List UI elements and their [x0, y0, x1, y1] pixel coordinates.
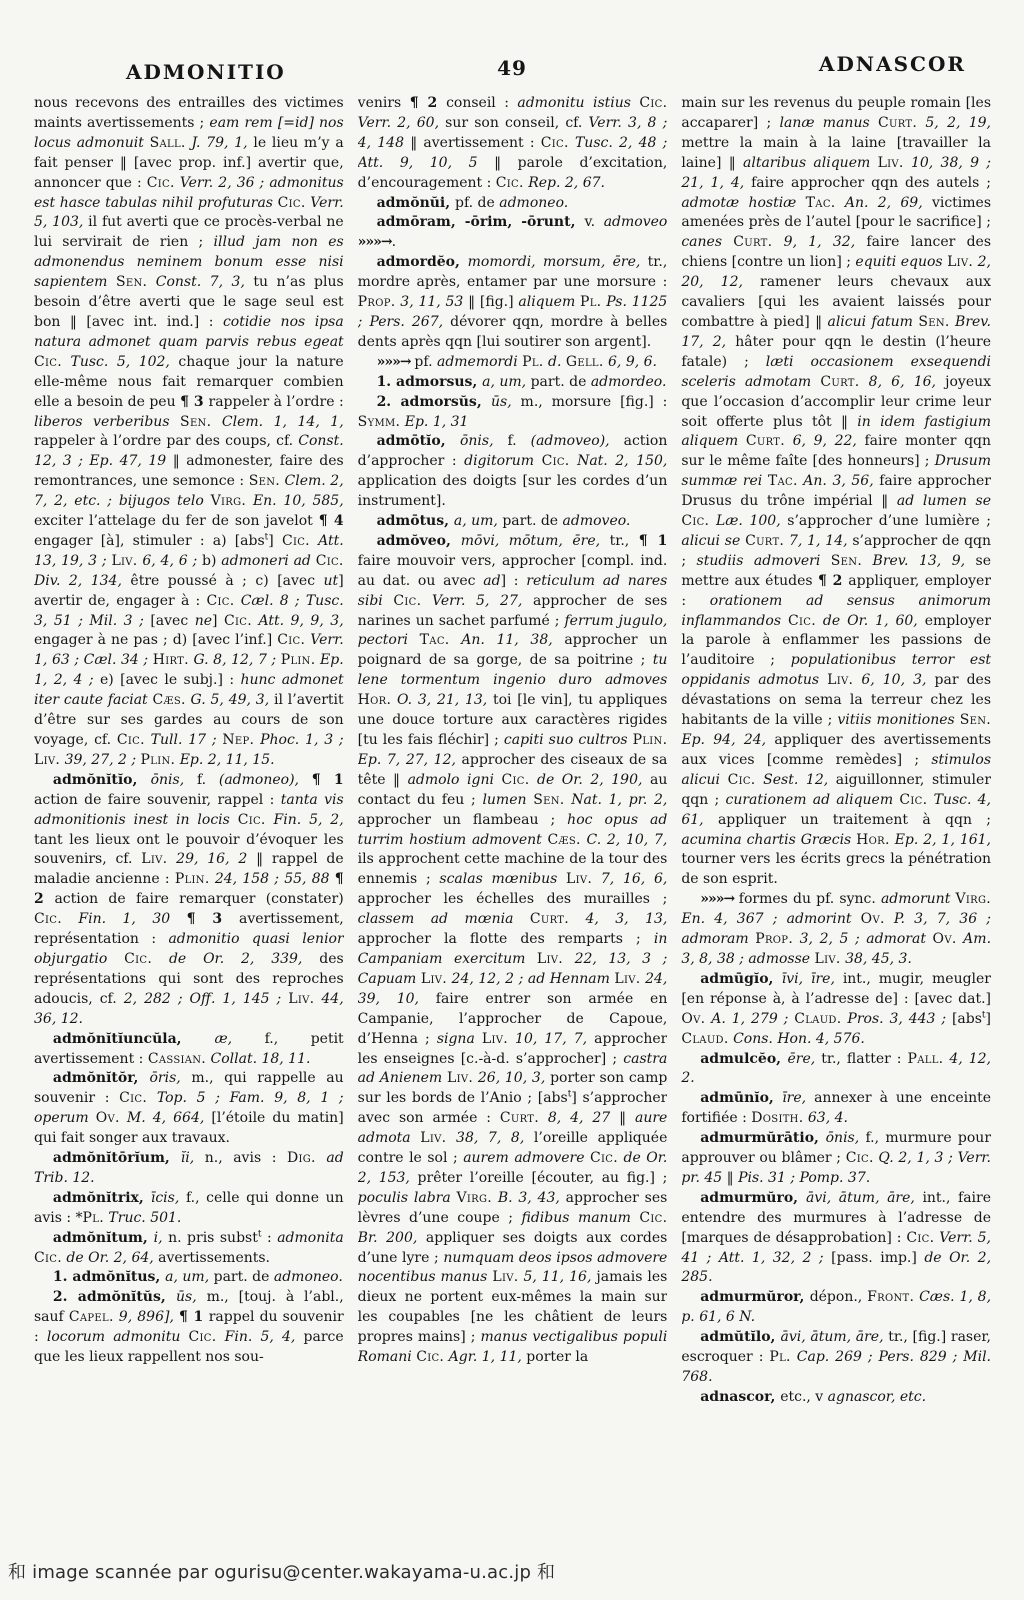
text-segment: dépon., — [810, 1289, 867, 1305]
headword-text: adnascor, — [700, 1389, 780, 1405]
latin-citation: Ep. 1, 31 — [400, 414, 468, 430]
latin-citation: locorum admonitu — [47, 1329, 189, 1345]
latin-citation: Div. 2, 134, — [34, 573, 130, 589]
author-abbreviation: Sen. — [249, 473, 280, 489]
author-abbreviation: Cic. — [34, 911, 62, 927]
scan-credit: 和 image scannée par ogurisu@center.wakay… — [8, 1558, 1008, 1584]
latin-citation: 7, 1, 14, — [784, 533, 852, 549]
latin-citation: (admoneo), — [219, 772, 312, 788]
headword-text: 2. admŏnĭtŭs, — [53, 1289, 176, 1305]
author-abbreviation: Capel. — [69, 1309, 114, 1325]
author-abbreviation: Cæs. — [548, 832, 581, 848]
latin-citation: ūs, — [176, 1289, 207, 1305]
dictionary-paragraph: admŏnĭtrix, īcis, f., celle qui donne un… — [34, 1189, 344, 1229]
author-abbreviation: Liv. — [141, 851, 167, 867]
dictionary-paragraph: admūnĭo, īre, annexer à une enceinte for… — [681, 1089, 991, 1129]
author-abbreviation: Cic. — [224, 613, 252, 629]
text-segment: n., avis : — [205, 1150, 287, 1166]
headword-text: admulcĕo, — [700, 1051, 787, 1067]
text-segment: tr., — [610, 533, 639, 549]
author-abbreviation: Liv. — [492, 1269, 518, 1285]
latin-citation: ad — [483, 573, 500, 589]
latin-citation: admolo igni — [408, 772, 502, 788]
latin-citation: de Or. 1, 60, — [816, 613, 925, 629]
latin-citation: 6, 4, 6 ; — [138, 553, 202, 569]
latin-citation: acumina chartis Græcis — [681, 832, 856, 848]
author-abbreviation: Claud. — [794, 1011, 841, 1027]
latin-citation: admonitu istius — [517, 95, 639, 111]
latin-citation: mōvi, mōtum, ēre, — [461, 533, 610, 549]
text-segment: m., morsure [fig.] : — [521, 394, 668, 410]
latin-citation: lanæ manus — [780, 115, 878, 131]
author-abbreviation: Cic. — [147, 175, 175, 191]
author-abbreviation: Front. — [867, 1289, 914, 1305]
text-segment: pf. de — [455, 195, 499, 211]
headword-text: admŭtĭlo, — [700, 1329, 780, 1345]
author-abbreviation: Cic. — [278, 195, 306, 211]
headword-text: admōtĭo, — [377, 433, 460, 449]
latin-citation: Rep. 2, 67. — [524, 175, 605, 191]
latin-citation: d. — [544, 354, 566, 370]
dictionary-paragraph: admūgĭo, īvi, īre, int., mugir, meugler … — [681, 970, 991, 1050]
latin-citation: Ep. 2, 1, 161, — [890, 832, 991, 848]
latin-citation: Cons. Hon. 4, 576. — [729, 1031, 865, 1047]
author-abbreviation: Cic. — [238, 812, 266, 828]
latin-citation: signa — [437, 1031, 482, 1047]
headword-text: 1. admŏnĭtus, — [53, 1269, 165, 1285]
author-abbreviation: Cic. — [542, 453, 570, 469]
latin-citation: liberos verberibus — [34, 414, 180, 430]
latin-citation: En. 4, 367 ; admorint — [681, 911, 860, 927]
author-abbreviation: Cic. — [282, 533, 310, 549]
latin-citation: ōnis, — [826, 1130, 866, 1146]
author-abbreviation: Sen. — [533, 792, 564, 808]
author-abbreviation: Pall. — [908, 1051, 944, 1067]
latin-citation: Agr. 1, 11, — [444, 1349, 526, 1365]
dictionary-paragraph: admŏnĭtĭo, ōnis, f. (admoneo), ¶ 1 actio… — [34, 771, 344, 1030]
headword-text: ¶ 2 — [818, 573, 848, 589]
latin-citation: 38, 45, 3. — [841, 951, 912, 967]
latin-citation: ōris, — [149, 1070, 191, 1086]
dictionary-paragraph: admŏnŭi, pf. de admoneo. — [358, 194, 668, 214]
latin-citation: āvi, ātum, āre, — [806, 1190, 922, 1206]
text-segment: appliquer un traitement à qqn ; — [718, 812, 991, 828]
latin-citation: 6, 9, 6. — [604, 354, 657, 370]
latin-citation: Tull. 17 ; — [145, 732, 223, 748]
latin-citation: Collat. 18, 11. — [206, 1051, 310, 1067]
latin-citation: digitorum — [464, 453, 541, 469]
author-abbreviation: Virg. — [211, 493, 247, 509]
latin-citation: admemordi — [437, 354, 522, 370]
author-abbreviation: Cic. — [124, 951, 152, 967]
text-segment: engager à ne pas ; — [34, 632, 173, 648]
latin-citation: 9, 896], — [114, 1309, 179, 1325]
author-abbreviation: Cic. — [416, 1349, 444, 1365]
arrow-glyph: »»»→ — [358, 234, 392, 250]
dictionary-paragraph: venirs ¶ 2 conseil : admonitu istius Cic… — [358, 94, 668, 194]
author-abbreviation: Ov. — [933, 931, 957, 947]
dictionary-paragraph: 1. admorsus, a, um, part. de admordeo. — [358, 373, 668, 393]
text-segment: ] — [986, 1011, 991, 1027]
latin-citation: de Or. 2, 190, — [529, 772, 650, 788]
latin-citation: canes — [681, 234, 733, 250]
author-abbreviation: Liv. — [614, 971, 640, 987]
latin-citation: 9, 1, 32, — [772, 234, 866, 250]
latin-citation: M. 4, 664, — [120, 1110, 212, 1126]
latin-citation: 2, 282 ; Off. 1, 145 ; — [124, 991, 289, 1007]
dictionary-paragraph: admŏnĭtŏr, ōris, m., qui rappelle au sou… — [34, 1069, 344, 1149]
dictionary-paragraph: 2. admorsŭs, ūs, m., morsure [fig.] : Sy… — [358, 393, 668, 433]
text-segment: exciter l’attelage du fer de son javelot — [34, 513, 319, 529]
text-segment: application des doigts [sur les cordes d… — [358, 473, 668, 509]
latin-citation: Tusc. 5, 102, — [62, 354, 178, 370]
text-segment: [avec l’inf.] — [192, 632, 277, 648]
latin-citation: 24, 12, 2 ; ad Hennam — [447, 971, 614, 987]
author-abbreviation: Tac. — [806, 195, 836, 211]
author-abbreviation: Liv. — [288, 991, 314, 1007]
author-abbreviation: Sen. — [960, 712, 991, 728]
dictionary-paragraph: admulcĕo, ēre, tr., flatter : Pall. 4, 1… — [681, 1050, 991, 1090]
author-abbreviation: Cic. — [277, 632, 305, 648]
author-abbreviation: Curt. — [733, 234, 772, 250]
latin-citation: æ, — [214, 1031, 264, 1047]
author-abbreviation: Nep. — [222, 732, 254, 748]
latin-citation: capiti suo cultros — [504, 732, 633, 748]
latin-citation: (admoveo), — [531, 433, 624, 449]
latin-citation: classem ad mœnia — [358, 911, 530, 927]
latin-citation: 7, 16, 6, — [592, 871, 667, 887]
author-abbreviation: Hirt. — [153, 652, 189, 668]
author-abbreviation: Liv. — [537, 951, 563, 967]
author-abbreviation: Sen. — [831, 553, 862, 569]
headword-text: admŏnĭtōrĭum, — [53, 1150, 181, 1166]
author-abbreviation: Liv. — [34, 752, 60, 768]
author-abbreviation: Cic. — [639, 1210, 667, 1226]
author-abbreviation: Virg. — [955, 891, 991, 907]
author-abbreviation: Cic. — [34, 1250, 62, 1266]
text-segment: part. de — [502, 513, 562, 529]
author-abbreviation: Cic. — [501, 772, 529, 788]
author-abbreviation: Dosith. — [751, 1110, 803, 1126]
latin-citation: 6, 10, 3, — [853, 672, 934, 688]
dictionary-page: ADMONITIO 49 ADNASCOR nous recevons des … — [0, 0, 1024, 1600]
text-segment: être poussé à ; — [130, 573, 255, 589]
author-abbreviation: Ov. — [861, 911, 885, 927]
author-abbreviation: Cic. — [906, 1230, 934, 1246]
latin-citation: C. 2, 10, 7, — [581, 832, 668, 848]
text-columns: nous recevons des entrailles des victime… — [34, 94, 991, 1546]
headword-text: ¶ 2 — [410, 95, 446, 111]
latin-citation: a, um, — [482, 374, 530, 390]
latin-citation: scalas mœnibus — [439, 871, 566, 887]
latin-citation: Clem. 1, 14, 1, — [211, 414, 343, 430]
author-abbreviation: Cic. — [189, 1329, 217, 1345]
text-segment: ‖ avertissement : — [410, 135, 541, 151]
text-segment: [abs — [235, 533, 265, 549]
author-abbreviation: Cic. — [681, 513, 709, 529]
text-segment: . — [392, 234, 396, 250]
latin-citation: B. 3, 43, — [492, 1190, 566, 1206]
dictionary-paragraph: 1. admŏnĭtus, a, um, part. de admoneo. — [34, 1268, 344, 1288]
column-3: main sur les revenus du peuple romain [l… — [681, 94, 991, 1546]
latin-citation: Pis. 31 ; Pomp. 37. — [738, 1170, 870, 1186]
text-segment: porter la — [526, 1349, 588, 1365]
latin-citation: En. 10, 585, — [246, 493, 344, 509]
author-abbreviation: Pl. — [580, 294, 601, 310]
latin-citation: 63, 4. — [803, 1110, 848, 1126]
text-segment: part. de — [531, 374, 591, 390]
latin-citation: Verr. 2, 60, — [358, 115, 446, 131]
author-abbreviation: Cic. — [117, 732, 145, 748]
headword-text: ¶ 1 — [179, 1309, 209, 1325]
author-abbreviation: Plin. — [141, 752, 176, 768]
latin-citation: O. 3, 21, 13, — [391, 692, 493, 708]
text-segment: [pass. imp.] — [831, 1250, 924, 1266]
author-abbreviation: Cic. — [541, 135, 569, 151]
latin-citation: An. 2, 69, — [836, 195, 932, 211]
dictionary-paragraph: admordĕo, momordi, morsum, ēre, tr., mor… — [358, 253, 668, 353]
text-segment: prêter l’oreille [écouter, au fig.] ; — [418, 1170, 668, 1186]
text-segment: sur son conseil, cf. — [445, 115, 588, 131]
dictionary-paragraph: admurmŭror, dépon., Front. Cæs. 1, 8, p.… — [681, 1288, 991, 1328]
latin-citation: alicui fatum — [827, 314, 918, 330]
latin-citation: admordeo. — [591, 374, 667, 390]
author-abbreviation: Tac. — [768, 473, 798, 489]
latin-citation: Ep. 2, 11, 15. — [175, 752, 274, 768]
latin-citation: ne — [195, 613, 212, 629]
author-abbreviation: Curt. — [746, 433, 785, 449]
latin-citation: ōnis, — [151, 772, 197, 788]
dictionary-paragraph: admŏnĭtōrĭum, ĭi, n., avis : Dig. ad Tri… — [34, 1149, 344, 1189]
latin-citation: īvi, īre, — [782, 971, 843, 987]
latin-citation: i, — [154, 1230, 168, 1246]
text-segment: a) — [213, 533, 235, 549]
author-abbreviation: Hor. — [856, 832, 890, 848]
latin-citation: altaribus aliquem — [743, 155, 878, 171]
latin-citation: 3, 11, 53 — [396, 294, 469, 310]
latin-citation: a, um, — [454, 513, 502, 529]
latin-citation: ēre, — [787, 1051, 821, 1067]
author-abbreviation: Sen. — [918, 314, 949, 330]
text-segment: engager [à], stimuler : — [34, 533, 213, 549]
dictionary-paragraph: admōtĭo, ōnis, f. (admoveo), action d’ap… — [358, 432, 668, 512]
author-abbreviation: Liv. — [878, 155, 904, 171]
author-abbreviation: Hor. — [358, 692, 392, 708]
latin-citation: Pros. 3, 443 ; — [842, 1011, 952, 1027]
dictionary-paragraph: admurmŭro, āvi, ātum, āre, int., faire e… — [681, 1189, 991, 1289]
author-abbreviation: Cic. — [788, 613, 816, 629]
latin-citation: Att. 9, 9, 3, — [252, 613, 344, 629]
latin-citation: 39, 27, 2 ; — [60, 752, 140, 768]
arrow-glyph: »»»→ — [700, 891, 739, 907]
text-segment: tr., flatter : — [821, 1051, 907, 1067]
latin-citation: lumen — [482, 792, 533, 808]
text-segment: approcher la flotte des remparts ; — [358, 931, 654, 947]
latin-citation: An. 11, 38, — [450, 632, 565, 648]
latin-citation: ad lumen se — [897, 493, 991, 509]
latin-citation: admoveo — [604, 214, 668, 230]
author-abbreviation: Symm. — [358, 414, 401, 430]
headword-text: admordĕo, — [377, 254, 468, 270]
headword-text: admŏveo, — [377, 533, 461, 549]
author-abbreviation: Liv. — [482, 1031, 508, 1047]
latin-citation: a, um, — [165, 1269, 213, 1285]
latin-citation: admonita — [277, 1230, 343, 1246]
latin-citation: Fin. 1, 30 — [62, 911, 187, 927]
latin-citation: admorunt — [881, 891, 956, 907]
dictionary-paragraph: »»»→ pf. admemordi Pl. d. Gell. 6, 9, 6. — [358, 353, 668, 373]
latin-citation: āvi, ātum, āre, — [781, 1329, 889, 1345]
text-segment: [avec le subj.] : — [120, 672, 240, 688]
latin-citation: de Or. 2, 339, — [152, 951, 319, 967]
author-abbreviation: Cic. — [316, 553, 344, 569]
headword-text: ¶ 4 — [319, 513, 344, 529]
author-abbreviation: Cassian. — [148, 1051, 206, 1067]
author-abbreviation: Cic. — [899, 792, 927, 808]
author-abbreviation: Plin. — [633, 732, 668, 748]
text-segment: approcher les échelles des murailles ; — [358, 891, 668, 907]
text-segment: : — [261, 1230, 277, 1246]
author-abbreviation: Liv. — [447, 1070, 473, 1086]
latin-citation: An. 3, 56, — [798, 473, 879, 489]
dictionary-paragraph: admōram, -ōrim, -ōrunt, v. admoveo »»»→. — [358, 213, 668, 253]
text-segment: ‖ — [619, 1110, 635, 1126]
headword-text: admurmŭro, — [700, 1190, 806, 1206]
latin-citation: Ep. 94, 24, — [681, 732, 774, 748]
dictionary-paragraph: admŏnĭtĭuncŭla, æ, f., petit avertisseme… — [34, 1030, 344, 1070]
latin-citation: A. 1, 279 ; — [705, 1011, 794, 1027]
text-segment: ‖ [fig.] — [468, 294, 518, 310]
latin-citation: admoneri ad — [221, 553, 315, 569]
latin-citation: admoneo. — [499, 195, 568, 211]
author-abbreviation: Cæs. — [153, 692, 186, 708]
text-segment: f. — [508, 433, 531, 449]
author-abbreviation: Liv. — [420, 1130, 446, 1146]
author-abbreviation: Prop. — [755, 931, 793, 947]
latin-citation: G. 5, 49, 3, — [186, 692, 274, 708]
latin-citation: de Or. 2, 64, — [62, 1250, 158, 1266]
headword-text: admŏnŭi, — [377, 195, 455, 211]
latin-citation: admoneo. — [274, 1269, 343, 1285]
text-segment: etc., v — [780, 1389, 827, 1405]
author-abbreviation: Plin. — [281, 652, 316, 668]
author-abbreviation: Cic. — [34, 354, 62, 370]
author-abbreviation: Cic. — [590, 1150, 618, 1166]
latin-citation: Fin. 5, 4, — [217, 1329, 304, 1345]
author-abbreviation: Curt. — [530, 911, 569, 927]
latin-citation: fidibus manum — [522, 1210, 640, 1226]
headword-text: admōtus, — [377, 513, 454, 529]
text-segment: conseil : — [446, 95, 517, 111]
latin-citation: 6, 9, 22, — [785, 433, 865, 449]
text-segment: action de faire souvenir, rappel : — [34, 792, 281, 808]
author-abbreviation: Curt. — [500, 1110, 539, 1126]
latin-citation: īcis, — [151, 1190, 186, 1206]
latin-citation: 26, 10, 3, — [473, 1070, 550, 1086]
author-abbreviation: Liv. — [815, 951, 841, 967]
headword-text: admōram, -ōrim, -ōrunt, — [377, 214, 585, 230]
headword-text: admurmŭror, — [700, 1289, 809, 1305]
headword-text: 2. admorsŭs, — [377, 394, 491, 410]
latin-citation: Sest. 12, — [756, 772, 836, 788]
author-abbreviation: Liv. — [827, 672, 853, 688]
text-segment: approcher un flambeau ; — [358, 812, 568, 828]
author-abbreviation: Sall. — [150, 135, 186, 151]
author-abbreviation: Pl. — [769, 1349, 790, 1365]
headword-text: ¶ 1 — [639, 533, 668, 549]
author-abbreviation: Ov. — [96, 1110, 120, 1126]
latin-citation: curationem ad aliquem — [725, 792, 899, 808]
author-abbreviation: Cic. — [393, 593, 421, 609]
latin-citation: Const. 7, 3, — [147, 274, 253, 290]
latin-citation: Brev. 13, 9, — [862, 553, 975, 569]
latin-citation: alicui se — [681, 533, 745, 549]
latin-citation: momordi, morsum, ēre, — [468, 254, 648, 270]
author-abbreviation: Cic. — [496, 175, 524, 191]
latin-citation: 10, 17, 7, — [508, 1031, 594, 1047]
latin-citation: 4, 3, 13, — [569, 911, 667, 927]
text-segment: faire approcher qqn des autels ; — [751, 175, 991, 191]
latin-citation: agnascor, etc. — [828, 1389, 926, 1405]
author-abbreviation: Prop. — [358, 294, 396, 310]
author-abbreviation: Pl. — [83, 1210, 104, 1226]
headword-text: ¶ 1 — [312, 772, 344, 788]
latin-citation: Phoc. 1, 3 ; — [254, 732, 343, 748]
latin-citation: Verr. 5, 27, — [421, 593, 533, 609]
author-abbreviation: Pl. — [522, 354, 543, 370]
author-abbreviation: Dig. — [287, 1150, 316, 1166]
latin-citation: Br. 200, — [358, 1230, 426, 1246]
latin-citation: ut — [324, 573, 339, 589]
dictionary-paragraph: »»»→ formes du pf. sync. admorunt Virg. … — [681, 890, 991, 970]
latin-citation: Nat. 1, pr. 2, — [565, 792, 668, 808]
latin-citation: Nat. 2, 150, — [570, 453, 668, 469]
text-segment: rappeler à l’ordre par des coups, cf. — [34, 433, 298, 449]
text-segment: rappeler à l’ordre : — [209, 394, 344, 410]
headword-text: ¶ 3 — [187, 911, 239, 927]
latin-citation: ūs, — [491, 394, 521, 410]
text-segment: n. pris subst — [168, 1230, 258, 1246]
latin-citation: 29, 16, 2 — [167, 851, 256, 867]
text-segment: d) — [173, 632, 193, 648]
latin-citation: 5, 2, 19, — [917, 115, 991, 131]
latin-citation: 38, 7, 8, — [446, 1130, 533, 1146]
text-segment: c) — [255, 573, 277, 589]
text-segment: b) — [202, 553, 221, 569]
author-abbreviation: Ov. — [681, 1011, 705, 1027]
author-abbreviation: Plin. — [175, 871, 210, 887]
headword-text: admŏnĭtĭo, — [53, 772, 151, 788]
dictionary-paragraph: main sur les revenus du peuple romain [l… — [681, 94, 991, 890]
latin-citation: poculis labra — [358, 1190, 457, 1206]
headword-text: admŏnĭtĭuncŭla, — [53, 1031, 215, 1047]
text-segment: ] — [212, 613, 224, 629]
latin-citation: aurem admovere — [463, 1150, 590, 1166]
author-abbreviation: Liv. — [947, 254, 973, 270]
column-2: venirs ¶ 2 conseil : admonitu istius Cic… — [358, 94, 668, 1546]
headword-text: admurmŭrātio, — [700, 1130, 825, 1146]
dictionary-paragraph: adnascor, etc., v agnascor, etc. — [681, 1388, 991, 1408]
latin-citation: aliquem — [518, 294, 580, 310]
dictionary-paragraph: admŏveo, mōvi, mōtum, ēre, tr., ¶ 1 fair… — [358, 532, 668, 1368]
latin-citation: Ep. 7, 27, 12, — [358, 752, 462, 768]
text-segment: s’approcher d’une lumière ; — [787, 513, 991, 529]
text-segment: action de faire remarquer (constater) — [54, 891, 343, 907]
latin-citation: G. 8, 12, 7 ; — [189, 652, 281, 668]
text-segment: [abs — [952, 1011, 982, 1027]
text-segment: ] — [268, 533, 282, 549]
dictionary-paragraph: 2. admŏnĭtŭs, ūs, m., [touj. à l’abl., s… — [34, 1288, 344, 1368]
